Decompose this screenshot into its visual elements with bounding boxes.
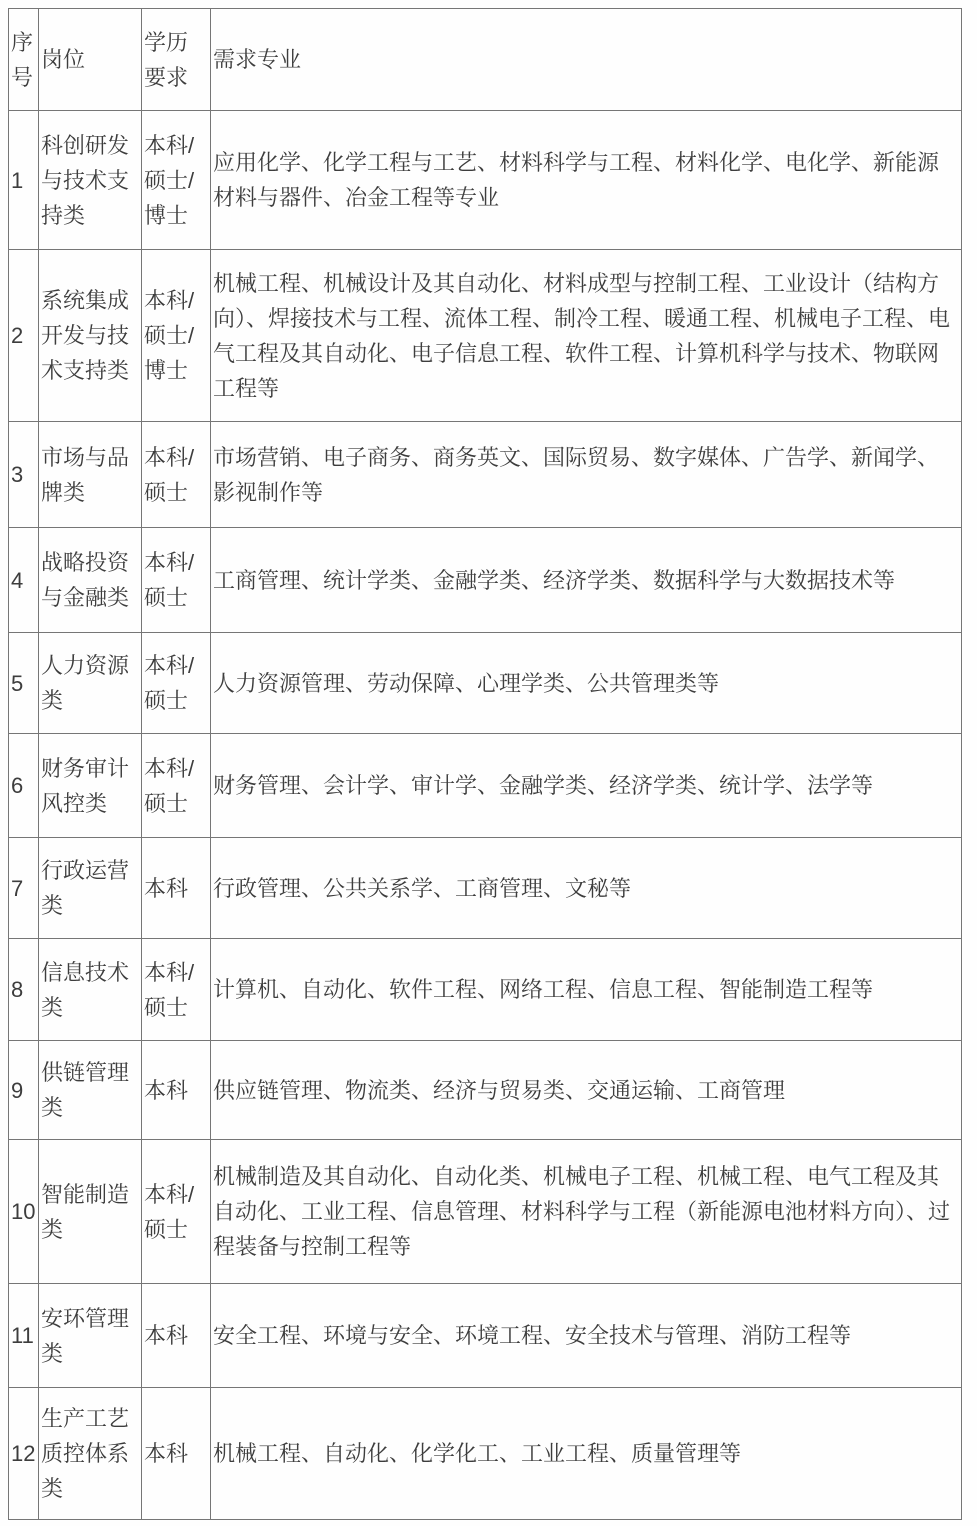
cell-education: 本科/硕士: [142, 422, 211, 528]
cell-no: 1: [9, 111, 39, 250]
cell-no: 7: [9, 838, 39, 939]
table-row: 12 生产工艺质控体系类 本科 机械工程、自动化、化学化工、工业工程、质量管理等: [9, 1388, 962, 1520]
cell-position: 行政运营类: [39, 838, 142, 939]
table-row: 5 人力资源类 本科/硕士 人力资源管理、劳动保障、心理学类、公共管理类等: [9, 633, 962, 734]
table-row: 6 财务审计风控类 本科/硕士 财务管理、会计学、审计学、金融学类、经济学类、统…: [9, 734, 962, 838]
cell-position: 供链管理类: [39, 1041, 142, 1140]
cell-position: 市场与品牌类: [39, 422, 142, 528]
table-row: 3 市场与品牌类 本科/硕士 市场营销、电子商务、商务英文、国际贸易、数字媒体、…: [9, 422, 962, 528]
cell-position: 人力资源类: [39, 633, 142, 734]
header-cell-no: 序号: [9, 9, 39, 111]
cell-majors: 机械工程、自动化、化学化工、工业工程、质量管理等: [211, 1388, 962, 1520]
cell-education: 本科/硕士: [142, 734, 211, 838]
cell-majors: 供应链管理、物流类、经济与贸易类、交通运输、工商管理: [211, 1041, 962, 1140]
cell-position: 战略投资与金融类: [39, 528, 142, 633]
cell-no: 4: [9, 528, 39, 633]
header-cell-majors: 需求专业: [211, 9, 962, 111]
cell-position: 智能制造类: [39, 1140, 142, 1284]
cell-education: 本科: [142, 1388, 211, 1520]
cell-position: 信息技术类: [39, 939, 142, 1041]
cell-education: 本科: [142, 838, 211, 939]
table-row: 1 科创研发与技术支持类 本科/硕士/博士 应用化学、化学工程与工艺、材料科学与…: [9, 111, 962, 250]
cell-position: 财务审计风控类: [39, 734, 142, 838]
cell-no: 3: [9, 422, 39, 528]
table-row: 11 安环管理类 本科 安全工程、环境与安全、环境工程、安全技术与管理、消防工程…: [9, 1284, 962, 1388]
header-cell-position: 岗位: [39, 9, 142, 111]
cell-majors: 财务管理、会计学、审计学、金融学类、经济学类、统计学、法学等: [211, 734, 962, 838]
table-row: 2 系统集成开发与技术支持类 本科/硕士/博士 机械工程、机械设计及其自动化、材…: [9, 250, 962, 422]
cell-majors: 安全工程、环境与安全、环境工程、安全技术与管理、消防工程等: [211, 1284, 962, 1388]
cell-no: 5: [9, 633, 39, 734]
table-row: 7 行政运营类 本科 行政管理、公共关系学、工商管理、文秘等: [9, 838, 962, 939]
cell-no: 11: [9, 1284, 39, 1388]
cell-education: 本科: [142, 1041, 211, 1140]
cell-position: 安环管理类: [39, 1284, 142, 1388]
cell-majors: 行政管理、公共关系学、工商管理、文秘等: [211, 838, 962, 939]
table-row: 8 信息技术类 本科/硕士 计算机、自动化、软件工程、网络工程、信息工程、智能制…: [9, 939, 962, 1041]
cell-majors: 市场营销、电子商务、商务英文、国际贸易、数字媒体、广告学、新闻学、影视制作等: [211, 422, 962, 528]
cell-majors: 应用化学、化学工程与工艺、材料科学与工程、材料化学、电化学、新能源材料与器件、冶…: [211, 111, 962, 250]
cell-no: 10: [9, 1140, 39, 1284]
cell-no: 12: [9, 1388, 39, 1520]
cell-position: 生产工艺质控体系类: [39, 1388, 142, 1520]
cell-education: 本科: [142, 1284, 211, 1388]
cell-no: 8: [9, 939, 39, 1041]
cell-no: 6: [9, 734, 39, 838]
recruitment-table: 序号 岗位 学历要求 需求专业 1 科创研发与技术支持类 本科/硕士/博士 应用…: [8, 8, 962, 1520]
cell-education: 本科/硕士/博士: [142, 111, 211, 250]
cell-position: 科创研发与技术支持类: [39, 111, 142, 250]
cell-no: 9: [9, 1041, 39, 1140]
table-row: 10 智能制造类 本科/硕士 机械制造及其自动化、自动化类、机械电子工程、机械工…: [9, 1140, 962, 1284]
table-row: 4 战略投资与金融类 本科/硕士 工商管理、统计学类、金融学类、经济学类、数据科…: [9, 528, 962, 633]
cell-majors: 人力资源管理、劳动保障、心理学类、公共管理类等: [211, 633, 962, 734]
cell-education: 本科/硕士: [142, 633, 211, 734]
cell-education: 本科/硕士: [142, 1140, 211, 1284]
cell-majors: 工商管理、统计学类、金融学类、经济学类、数据科学与大数据技术等: [211, 528, 962, 633]
cell-education: 本科/硕士: [142, 939, 211, 1041]
cell-majors: 机械工程、机械设计及其自动化、材料成型与控制工程、工业设计（结构方向）、焊接技术…: [211, 250, 962, 422]
cell-no: 2: [9, 250, 39, 422]
page: 序号 岗位 学历要求 需求专业 1 科创研发与技术支持类 本科/硕士/博士 应用…: [0, 0, 977, 1526]
cell-education: 本科/硕士: [142, 528, 211, 633]
cell-position: 系统集成开发与技术支持类: [39, 250, 142, 422]
cell-education: 本科/硕士/博士: [142, 250, 211, 422]
header-cell-education: 学历要求: [142, 9, 211, 111]
header-row: 序号 岗位 学历要求 需求专业: [9, 9, 962, 111]
table-row: 9 供链管理类 本科 供应链管理、物流类、经济与贸易类、交通运输、工商管理: [9, 1041, 962, 1140]
cell-majors: 机械制造及其自动化、自动化类、机械电子工程、机械工程、电气工程及其自动化、工业工…: [211, 1140, 962, 1284]
cell-majors: 计算机、自动化、软件工程、网络工程、信息工程、智能制造工程等: [211, 939, 962, 1041]
